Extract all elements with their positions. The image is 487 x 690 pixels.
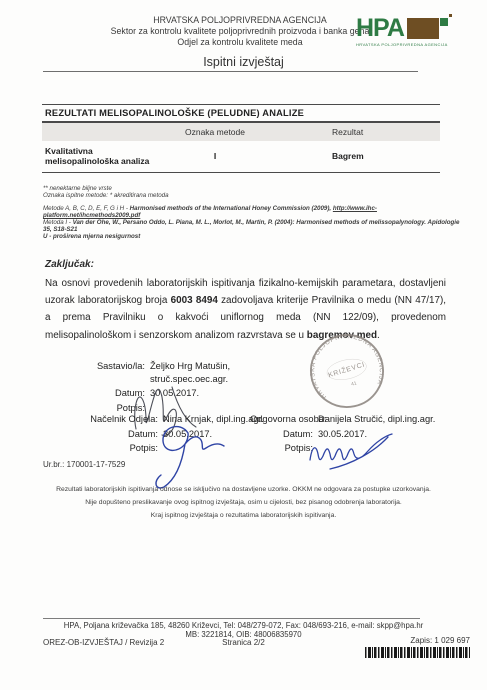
method-i-reference: Van der Ohe, W., Persano Oddo, L. Piana,… <box>43 219 459 233</box>
disclaimer-copying: Nije dopušteno preslikavanje ovog ispitn… <box>0 499 487 506</box>
prepared-by-name: Željko Hrg Matušin, <box>150 360 230 373</box>
header-text-block: HRVATSKA POLJOPRIVREDNA AGENCIJA Sektor … <box>90 15 390 48</box>
table-header-row: Oznaka metode Rezultat <box>42 123 440 141</box>
footnote-accredited: Oznaka ispitne metode: * akreditirana me… <box>43 192 463 199</box>
prepared-by-label: Sastavio/la: <box>60 360 145 373</box>
results-table-title: REZULTATI MELISOPALINOLOŠKE (PELUDNE) AN… <box>42 104 440 123</box>
footnote-method-i: Metoda I - Van der Ohe, W., Persano Oddo… <box>43 219 463 233</box>
cell-parameter: Kvalitativna melisopalinološka analiza <box>42 146 167 166</box>
footer-address: HPA, Poljana križevačka 185, 48260 Križe… <box>0 621 487 630</box>
department-name: Odjel za kontrolu kvalitete meda <box>90 37 390 48</box>
methods-ihc-reference: Harmonised methods of the International … <box>130 205 333 212</box>
logo-caption: HRVATSKA POLJOPRIVREDNA AGENCIJA <box>356 42 461 47</box>
department-head-signature <box>148 419 238 493</box>
logo-dot-icon <box>449 14 452 17</box>
logo-brown-rect-icon <box>407 18 439 39</box>
responsible-person-signature <box>300 426 398 474</box>
method-i-prefix: Metoda I - <box>43 219 73 226</box>
barcode <box>365 647 470 658</box>
sector-name: Sektor za kontrolu kvalitete poljoprivre… <box>90 26 390 37</box>
header-divider <box>43 71 418 72</box>
footnote-methods-ihc: Metode A, B, C, D, E, F, G i H - Harmoni… <box>43 205 463 219</box>
conclusion-heading: Zaključak: <box>45 259 94 270</box>
reference-number: Ur.br.: 170001-17-7529 <box>43 460 125 469</box>
table-row: Kvalitativna melisopalinološka analiza I… <box>42 141 440 173</box>
footnotes: ** nenektarne biljne vrste Oznaka ispitn… <box>43 185 463 240</box>
logo-green-square-icon <box>440 18 448 26</box>
results-table: REZULTATI MELISOPALINOLOŠKE (PELUDNE) AN… <box>42 104 440 173</box>
methods-ihc-prefix: Metode A, B, C, D, E, F, G i H - <box>43 205 130 212</box>
footnote-nectarless: ** nenektarne biljne vrste <box>43 185 463 192</box>
agency-round-stamp: HRVATSKA POLJOPRIVREDNA AGENCIJA KRIŽEVC… <box>300 324 395 419</box>
disclaimer-end: Kraj ispitnog izvještaja o rezultatima l… <box>0 512 487 519</box>
cell-method: I <box>167 151 263 161</box>
hpa-logo-text: HPA <box>356 16 404 40</box>
footer-divider <box>43 618 420 619</box>
head-date-label: Datum: <box>60 428 158 441</box>
footnote-uncertainty: U - proširena mjerna nesigurnost <box>43 233 463 240</box>
head-potpis-label: Potpis: <box>60 442 158 455</box>
stamp-center-text: KRIŽEVCI <box>327 359 366 379</box>
document-title: Ispitni izvještaj <box>0 55 487 69</box>
svg-text:HRVATSKA POLJOPRIVREDNA AGENCI: HRVATSKA POLJOPRIVREDNA AGENCIJA <box>302 326 389 402</box>
stamp-number: 41 <box>351 381 358 388</box>
hpa-logo: HPA HRVATSKA POLJOPRIVREDNA AGENCIJA <box>356 16 461 47</box>
footer-record-number: Zapis: 1 029 697 <box>410 636 470 645</box>
conclusion-paragraph: Na osnovi provedenih laboratorijskih isp… <box>45 275 446 344</box>
column-header-result: Rezultat <box>332 127 363 137</box>
agency-name: HRVATSKA POLJOPRIVREDNA AGENCIJA <box>90 15 390 26</box>
responsible-label: Odgovorna osoba: <box>250 413 313 426</box>
cell-result: Bagrem <box>332 151 364 161</box>
scanned-report-page: HRVATSKA POLJOPRIVREDNA AGENCIJA Sektor … <box>0 0 487 690</box>
stamp-outer-text: HRVATSKA POLJOPRIVREDNA AGENCIJA <box>302 326 389 402</box>
responsible-name: Danijela Stručić, dipl.ing.agr. <box>318 413 435 426</box>
lab-number: 6003 8494 <box>171 295 218 306</box>
column-header-method: Oznaka metode <box>167 127 263 137</box>
disclaimer-samples: Rezultati laboratorijskih ispitivanja od… <box>0 486 487 493</box>
head-label: Načelnik Odjela: <box>60 413 158 426</box>
